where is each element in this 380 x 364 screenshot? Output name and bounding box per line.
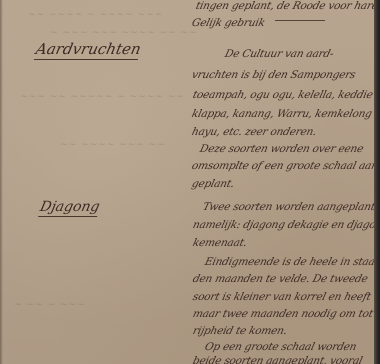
- text-line: vruchten is bij den Sampongers: [191, 69, 357, 81]
- text-line: Op een groote schaal worden: [204, 341, 358, 353]
- text-line: namelijk: djagong dekagie en djagong: [192, 219, 374, 231]
- text-line: den maanden te velde. De tweede: [192, 273, 370, 285]
- bleed-through-text: ~ ~~~ ~~~ ~~~~ ~~ ~~: [48, 28, 199, 38]
- page-left-edge: [0, 0, 3, 364]
- heading-djagong: Djagong: [38, 199, 101, 217]
- underline-rule: [275, 20, 325, 21]
- bleed-through-text: ~~~ ~~ ~~~~~ ~ ~~~~ ~~: [18, 92, 186, 102]
- text-line: De Cultuur van aard-: [224, 48, 335, 60]
- text-line: Eindigmeende is de heele in staat: [204, 256, 374, 268]
- heading-aardvruchten: Aardvruchten: [34, 40, 143, 60]
- text-line: beide soorten aangeplant, vooral: [192, 355, 364, 364]
- text-line: soort is kleiner van korrel en heeft: [192, 291, 373, 303]
- text-line: hayu, etc. zeer onderen.: [191, 126, 318, 138]
- bleed-through-text: ~~ ~~~~ ~~~ ~~: [58, 140, 167, 150]
- text-line: toeampah, ogu ogu, kelella, keddie: [192, 89, 374, 101]
- text-line: klappa, kanang, Warru, kemkelong: [191, 108, 374, 120]
- bleed-through-text: ~~ ~~~~ ~ ~~~~ ~~~: [26, 10, 165, 20]
- manuscript-page: ~~ ~~~~ ~ ~~~~ ~~~ ~ ~~~ ~~~ ~~~~ ~~ ~~ …: [0, 0, 374, 364]
- text-line: maar twee maanden noodig om tot: [192, 308, 374, 320]
- text-line: Twee soorten worden aangeplant,: [202, 201, 374, 213]
- text-line: omsomplte of een groote schaal aan-: [191, 160, 374, 172]
- book-binding-edge: [374, 0, 380, 364]
- text-line: geplant.: [191, 178, 236, 190]
- text-line: tingen geplant, de Roode voor hare: [195, 0, 374, 12]
- text-line: Deze soorten worden over eene: [199, 143, 365, 155]
- text-line: kemenaat.: [192, 237, 249, 249]
- bleed-through-text: ~ ~~ ~ ~~~: [12, 300, 87, 310]
- text-line: rijpheid te komen.: [192, 325, 289, 337]
- text-line: Gelijk gebruik: [191, 17, 267, 29]
